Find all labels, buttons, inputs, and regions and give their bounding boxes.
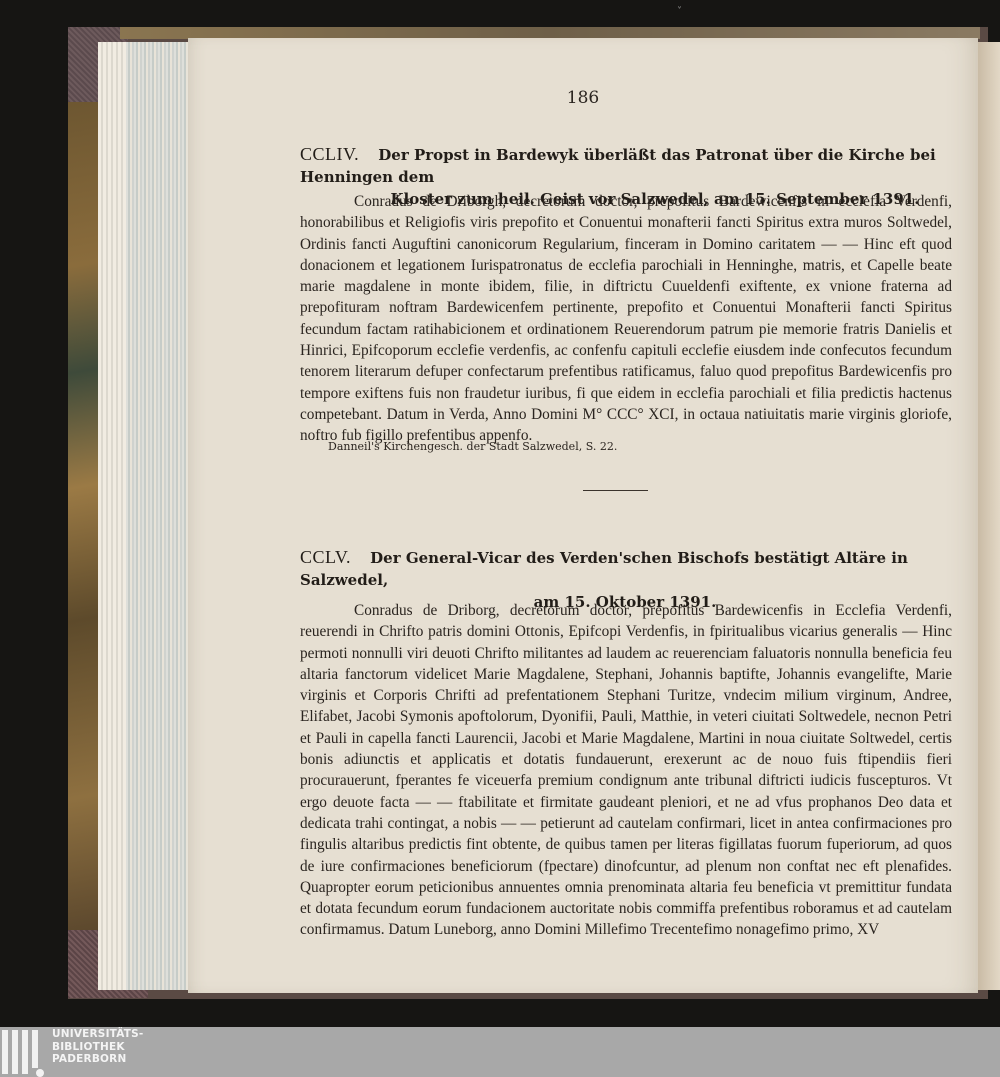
library-footer: UNIVERSITÄTS- BIBLIOTHEK PADERBORN — [0, 1027, 1000, 1077]
document-body-cclv: Conradus de Driborg, decretorum doctor, … — [300, 600, 952, 941]
library-name: UNIVERSITÄTS- BIBLIOTHEK PADERBORN — [52, 1028, 143, 1066]
page-stack-fore-edge — [98, 42, 126, 990]
document-numeral: CCLV. — [300, 547, 351, 567]
document-text: Conradus de Driborgh, decretorum doctor,… — [300, 191, 952, 447]
scroll-chevron-icon[interactable]: ˅ — [677, 6, 682, 17]
ub-paderborn-logo-icon — [2, 1030, 42, 1074]
document-body-ccliv: Conradus de Driborgh, decretorum doctor,… — [300, 191, 952, 447]
book-page: 186 CCLIV. Der Propst in Bardewyk überlä… — [188, 38, 978, 993]
library-name-line2: BIBLIOTHEK — [52, 1041, 143, 1054]
library-name-line1: UNIVERSITÄTS- — [52, 1028, 143, 1041]
scanned-book-image: ˅ 186 CCLIV. Der Propst in Bardewyk über… — [0, 0, 1000, 1027]
page-number: 186 — [188, 88, 978, 108]
section-divider — [583, 490, 648, 491]
document-numeral: CCLIV. — [300, 144, 359, 164]
logo-dot-icon — [36, 1069, 44, 1077]
document-title-line1: Der Propst in Bardewyk überläßt das Patr… — [300, 146, 936, 186]
document-title-line1: Der General-Vicar des Verden'schen Bisch… — [300, 549, 908, 589]
document-text: Conradus de Driborg, decretorum doctor, … — [300, 600, 952, 941]
library-name-line3: PADERBORN — [52, 1053, 143, 1066]
source-citation: Danneil's Kirchengesch. der Stadt Salzwe… — [328, 440, 617, 453]
facing-page-edge — [978, 42, 1000, 990]
